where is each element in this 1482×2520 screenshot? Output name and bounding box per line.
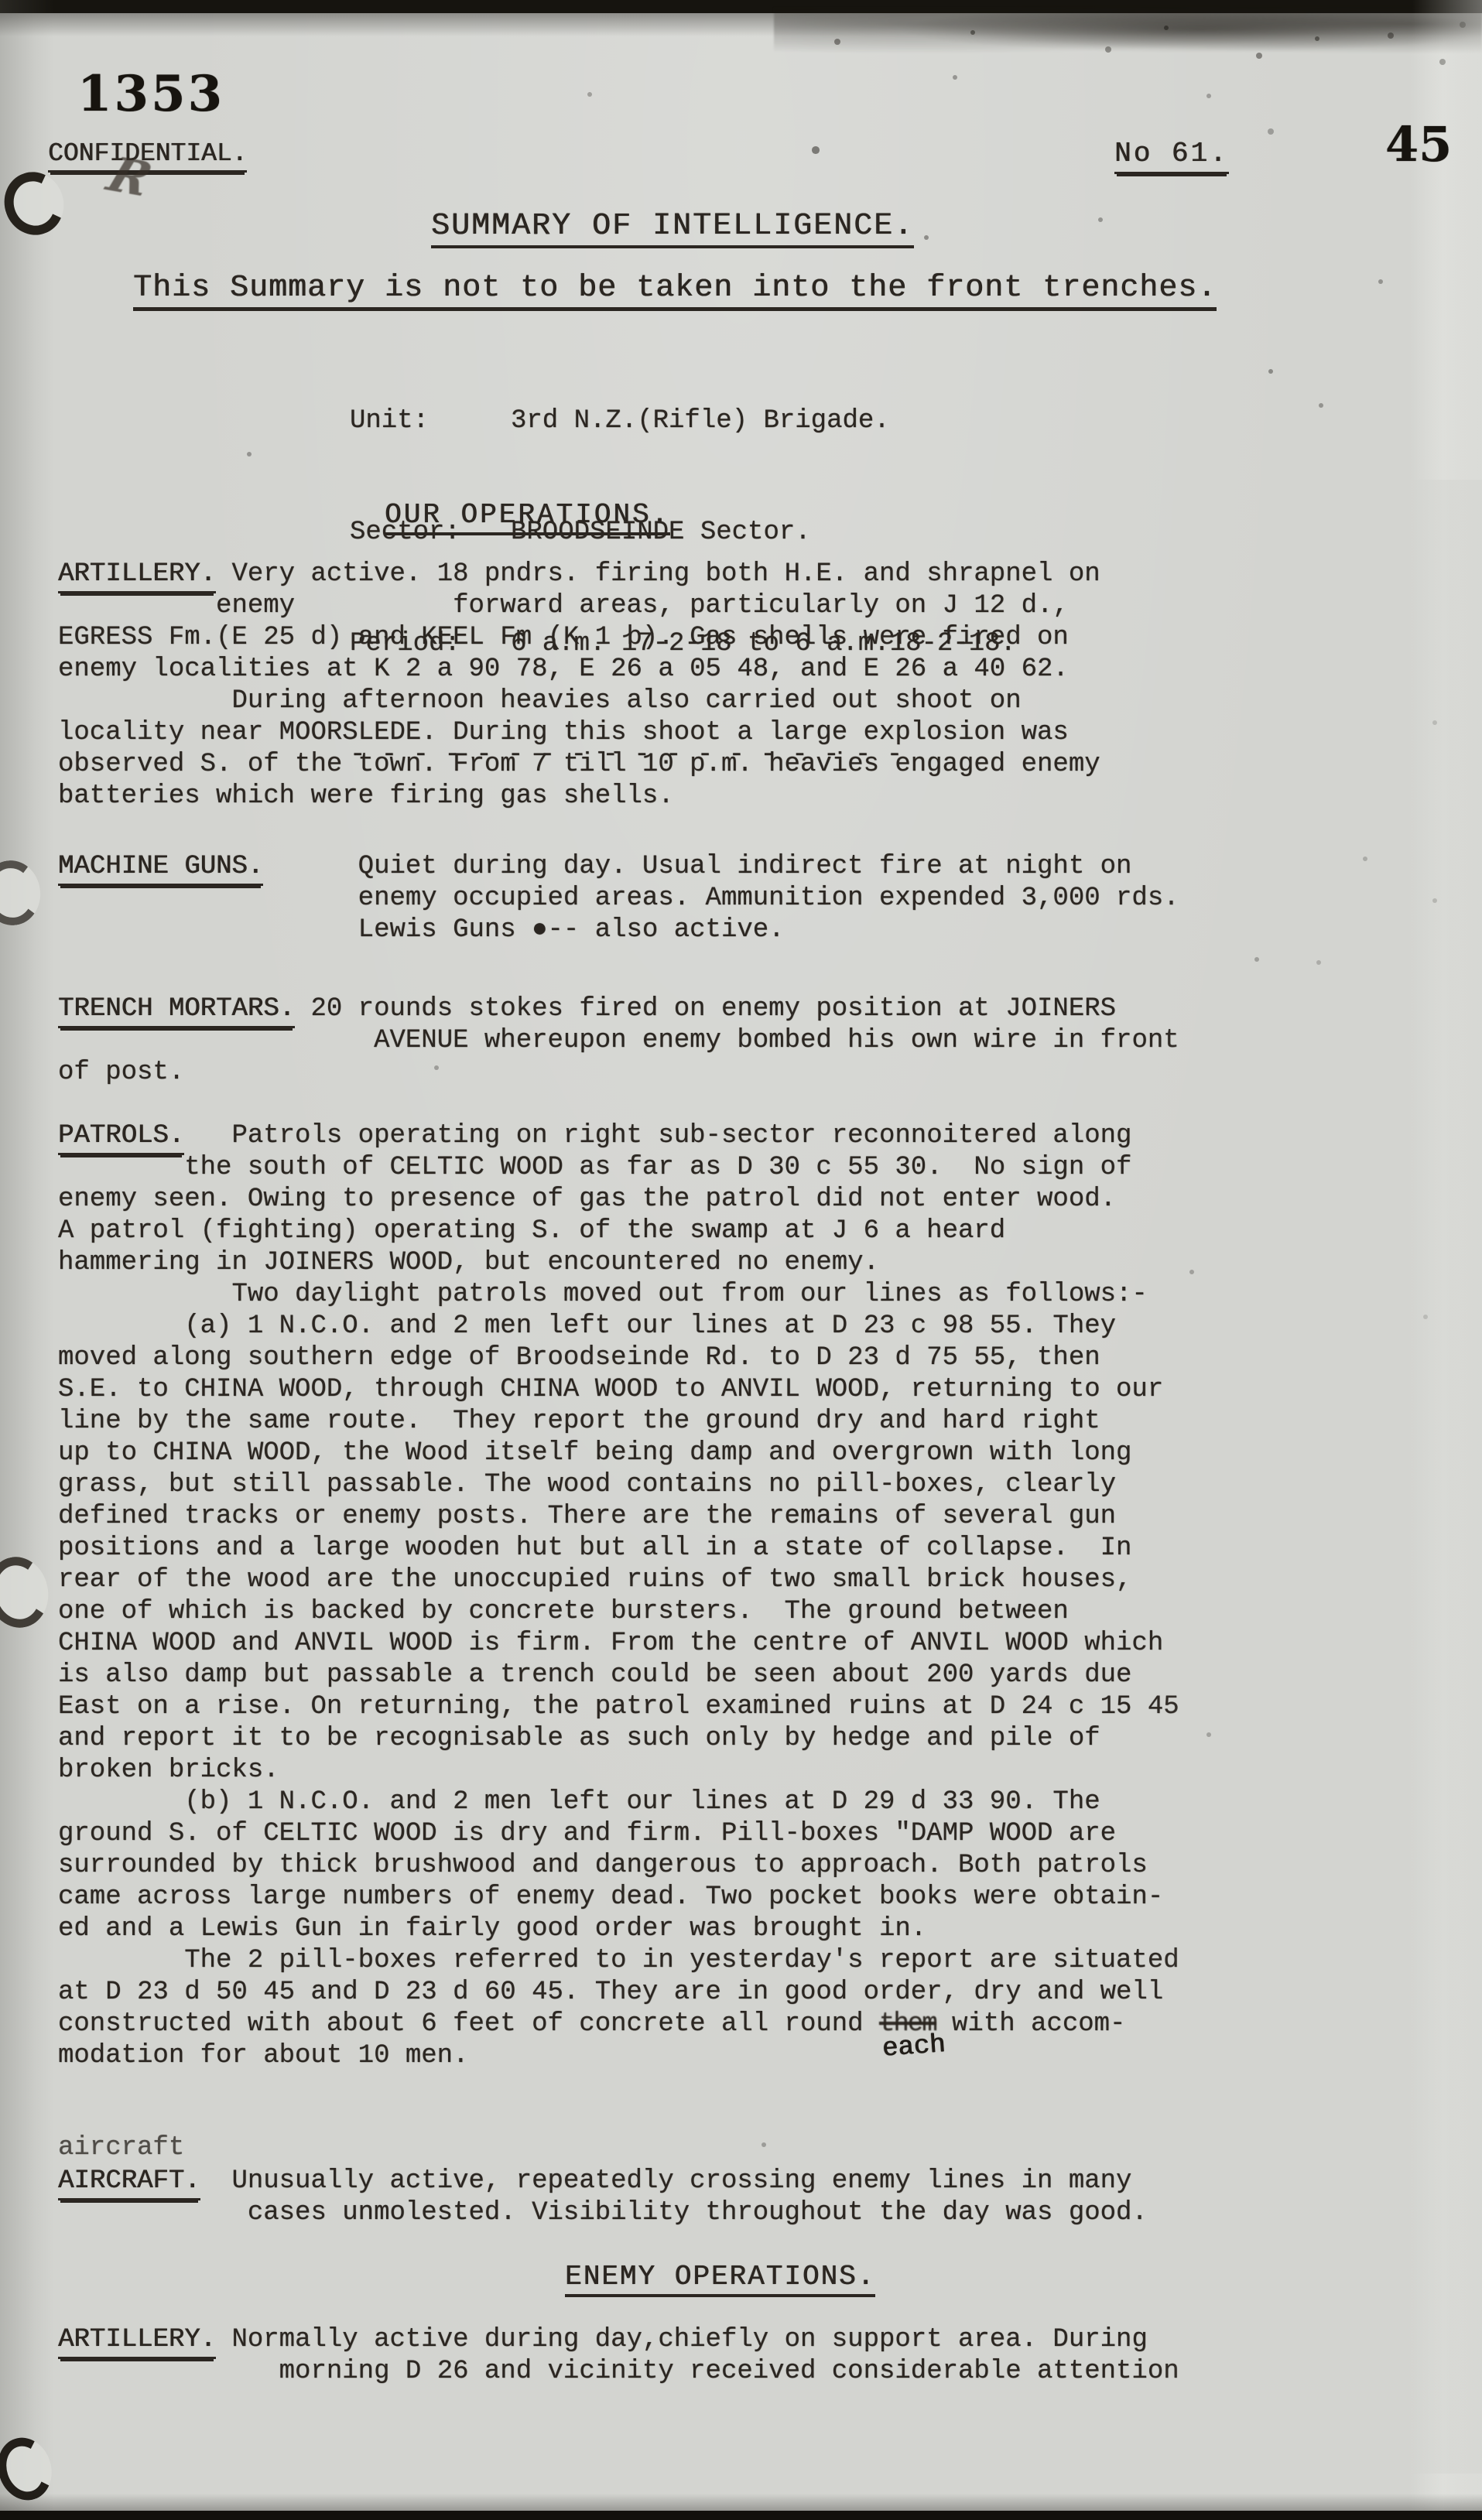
scan-bottom-edge-fade bbox=[0, 2494, 1482, 2511]
corrected-word: themeach bbox=[879, 2009, 936, 2040]
document-page: 1353 CONFIDENTIAL. R No 61. 45 SUMMARY O… bbox=[0, 0, 1482, 2520]
punch-hole bbox=[0, 163, 73, 243]
handling-notice: This Summary is not to be taken into the… bbox=[133, 271, 1217, 311]
aircraft-typo-line: aircraft bbox=[58, 2132, 1265, 2164]
aircraft-heading: AIRCRAFT. bbox=[58, 2166, 200, 2200]
section-heading-enemy-operations: ENEMY OPERATIONS. bbox=[565, 2261, 875, 2297]
section-enemy-artillery: ARTILLERY. Normally active during day,ch… bbox=[58, 2324, 1265, 2388]
aircraft-body: Unusually active, repeatedly crossing en… bbox=[58, 2166, 1148, 2228]
unit-value: 3rd N.Z.(Rifle) Brigade. bbox=[511, 406, 890, 436]
scan-right-band bbox=[1412, 0, 1482, 2520]
section-artillery: ARTILLERY. Very active. 18 pndrs. firing… bbox=[58, 559, 1265, 812]
scan-left-shadow bbox=[0, 0, 54, 2520]
document-number: No 61. bbox=[1114, 138, 1229, 174]
section-patrols: PATROLS. Patrols operating on right sub-… bbox=[58, 1120, 1265, 2072]
enemy-artillery-body: Normally active during day,chiefly on su… bbox=[58, 2325, 1179, 2386]
trench-mortars-heading: TRENCH MORTARS. bbox=[58, 994, 295, 1028]
section-heading-our-operations: OUR OPERATIONS. bbox=[385, 499, 670, 535]
page-title: SUMMARY OF INTELLIGENCE. bbox=[431, 209, 914, 248]
aircraft-typo-text: aircraft bbox=[58, 2133, 184, 2163]
machine-guns-heading: MACHINE GUNS. bbox=[58, 852, 263, 886]
patrols-heading: PATROLS. bbox=[58, 1121, 184, 1155]
section-trench-mortars: TRENCH MORTARS. 20 rounds stokes fired o… bbox=[58, 993, 1265, 1089]
punch-hole bbox=[0, 1551, 55, 1633]
meta-row-unit: Unit:3rd N.Z.(Rifle) Brigade. bbox=[350, 402, 1016, 439]
patrols-body-a: Patrols operating on right sub-sector re… bbox=[58, 1121, 1179, 2039]
unit-label: Unit: bbox=[350, 402, 511, 439]
section-aircraft: AIRCRAFT. Unusually active, repeatedly c… bbox=[58, 2166, 1265, 2229]
page-number: 45 bbox=[1385, 116, 1452, 173]
scan-bottom-edge bbox=[0, 2511, 1482, 2520]
punch-hole bbox=[0, 857, 44, 928]
scan-top-stain bbox=[774, 8, 1482, 62]
reference-stamp: 1353 bbox=[77, 65, 224, 123]
artillery-body: Very active. 18 pndrs. firing both H.E. … bbox=[58, 559, 1100, 811]
inserted-word: each bbox=[881, 2029, 946, 2066]
scan-speckles bbox=[0, 0, 3, 3]
enemy-artillery-heading: ARTILLERY. bbox=[58, 2325, 216, 2359]
artillery-heading: ARTILLERY. bbox=[58, 559, 216, 593]
section-machine-guns: MACHINE GUNS. Quiet during day. Usual in… bbox=[58, 851, 1265, 946]
